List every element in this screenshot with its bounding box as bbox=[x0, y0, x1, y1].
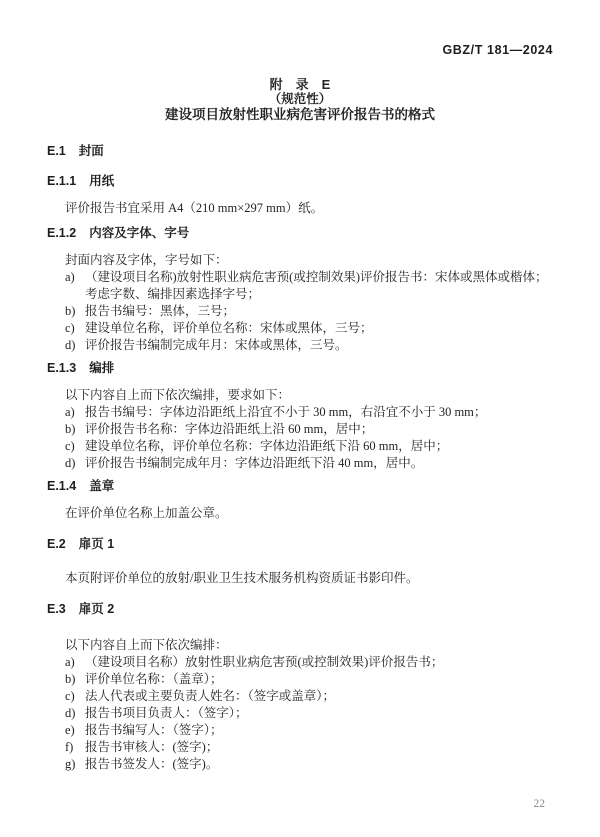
list-item-text: （建设项目名称)放射性职业病危害预(或控制效果)评价报告书：宋体或黑体或楷体；考… bbox=[85, 270, 548, 301]
list-item: c)法人代表或主要负责人姓名：（签字或盖章）； bbox=[47, 688, 553, 705]
paragraph-e2: 本页附评价单位的放射/职业卫生技术服务机构资质证书影印件。 bbox=[47, 570, 553, 587]
section-title: 编排 bbox=[89, 361, 114, 375]
appendix-subtitle: （规范性） bbox=[47, 92, 553, 107]
section-heading-e12: E.1.2内容及字体、字号 bbox=[47, 226, 553, 241]
list-item: b)报告书编号：黑体，三号； bbox=[47, 303, 553, 320]
list-item-text: 评价单位名称：（盖章）； bbox=[85, 672, 223, 686]
section-number: E.3 bbox=[47, 602, 66, 617]
list-item-label: b) bbox=[65, 671, 75, 688]
list-item: b)评价报告书名称：字体边沿距纸上沿 60 mm，居中； bbox=[47, 421, 553, 438]
section-number: E.2 bbox=[47, 537, 66, 552]
section-title: 用纸 bbox=[89, 174, 114, 188]
list-item-label: d) bbox=[65, 705, 75, 722]
list-e12: a)（建设项目名称)放射性职业病危害预(或控制效果)评价报告书：宋体或黑体或楷体… bbox=[47, 269, 553, 354]
list-item-text: 建设单位名称，评价单位名称：宋体或黑体，三号； bbox=[85, 321, 373, 335]
list-item: d)评价报告书编制完成年月：字体边沿距纸下沿 40 mm，居中。 bbox=[47, 455, 553, 472]
list-item-text: 报告书审核人：(签字)； bbox=[85, 740, 218, 754]
list-item-label: a) bbox=[65, 654, 75, 671]
section-number: E.1.3 bbox=[47, 361, 76, 376]
list-item-label: b) bbox=[65, 303, 75, 320]
intro-e13: 以下内容自上而下依次编排，要求如下： bbox=[47, 387, 553, 404]
list-item: a)报告书编号：字体边沿距纸上沿宜不小于 30 mm，右沿宜不小于 30 mm； bbox=[47, 404, 553, 421]
list-item-label: d) bbox=[65, 455, 75, 472]
list-item-label: b) bbox=[65, 421, 75, 438]
paragraph-e14: 在评价单位名称上加盖公章。 bbox=[47, 505, 553, 522]
section-title: 扉页 2 bbox=[79, 602, 114, 616]
section-number: E.1.4 bbox=[47, 479, 76, 494]
list-item-label: d) bbox=[65, 337, 75, 354]
section-heading-e2: E.2扉页 1 bbox=[47, 537, 553, 552]
section-heading-e14: E.1.4盖章 bbox=[47, 479, 553, 494]
list-item-text: 评价报告书编制完成年月：字体边沿距纸下沿 40 mm，居中。 bbox=[85, 456, 423, 470]
list-item-label: c) bbox=[65, 320, 75, 337]
list-item: d)评价报告书编制完成年月：宋体或黑体，三号。 bbox=[47, 337, 553, 354]
page-number: 22 bbox=[47, 797, 553, 811]
list-item-text: 报告书签发人：(签字)。 bbox=[85, 757, 218, 771]
section-heading-e11: E.1.1用纸 bbox=[47, 174, 553, 189]
section-title: 扉页 1 bbox=[79, 537, 114, 551]
list-item-text: 报告书编写人：（签字）； bbox=[85, 723, 223, 737]
doc-code: GBZ/T 181—2024 bbox=[47, 43, 553, 57]
list-item: g)报告书签发人：(签字)。 bbox=[47, 756, 553, 773]
list-item-label: f) bbox=[65, 739, 73, 756]
list-item-text: 报告书编号：字体边沿距纸上沿宜不小于 30 mm，右沿宜不小于 30 mm； bbox=[85, 405, 486, 419]
section-title: 盖章 bbox=[89, 479, 114, 493]
list-item-text: 评价报告书编制完成年月：宋体或黑体，三号。 bbox=[85, 338, 348, 352]
appendix-title: 附 录 E bbox=[47, 77, 553, 92]
list-item: c)建设单位名称，评价单位名称：宋体或黑体，三号； bbox=[47, 320, 553, 337]
list-item: a)（建设项目名称）放射性职业病危害预(或控制效果)评价报告书； bbox=[47, 654, 553, 671]
section-number: E.1 bbox=[47, 144, 66, 159]
document-page: GBZ/T 181—2024 附 录 E （规范性） 建设项目放射性职业病危害评… bbox=[0, 0, 600, 837]
section-heading-e13: E.1.3编排 bbox=[47, 361, 553, 376]
intro-e12: 封面内容及字体，字号如下： bbox=[47, 252, 553, 269]
section-number: E.1.2 bbox=[47, 226, 76, 241]
section-number: E.1.1 bbox=[47, 174, 76, 189]
list-item-label: a) bbox=[65, 404, 75, 421]
list-item-text: 报告书编号：黑体，三号； bbox=[85, 304, 235, 318]
intro-e3: 以下内容自上而下依次编排： bbox=[47, 637, 553, 654]
list-item-label: c) bbox=[65, 688, 75, 705]
section-title: 内容及字体、字号 bbox=[89, 226, 189, 240]
list-item-text: （建设项目名称）放射性职业病危害预(或控制效果)评价报告书； bbox=[85, 655, 443, 669]
section-title: 封面 bbox=[79, 144, 104, 158]
list-item: f)报告书审核人：(签字)； bbox=[47, 739, 553, 756]
section-heading-e3: E.3扉页 2 bbox=[47, 602, 553, 617]
list-item-label: c) bbox=[65, 438, 75, 455]
list-item: d)报告书项目负责人：（签字）； bbox=[47, 705, 553, 722]
list-item: b)评价单位名称：（盖章）； bbox=[47, 671, 553, 688]
list-item: e)报告书编写人：（签字）； bbox=[47, 722, 553, 739]
list-e3: a)（建设项目名称）放射性职业病危害预(或控制效果)评价报告书； b)评价单位名… bbox=[47, 654, 553, 773]
list-item-label: g) bbox=[65, 756, 75, 773]
list-e13: a)报告书编号：字体边沿距纸上沿宜不小于 30 mm，右沿宜不小于 30 mm；… bbox=[47, 404, 553, 472]
list-item-text: 评价报告书名称：字体边沿距纸上沿 60 mm，居中； bbox=[85, 422, 373, 436]
paragraph-e11: 评价报告书宜采用 A4（210 mm×297 mm）纸。 bbox=[47, 200, 553, 217]
section-heading-e1: E.1封面 bbox=[47, 144, 553, 159]
list-item: c)建设单位名称，评价单位名称：字体边沿距纸下沿 60 mm，居中； bbox=[47, 438, 553, 455]
list-item-text: 法人代表或主要负责人姓名：（签字或盖章）； bbox=[85, 689, 335, 703]
appendix-name: 建设项目放射性职业病危害评价报告书的格式 bbox=[47, 107, 553, 123]
list-item: a)（建设项目名称)放射性职业病危害预(或控制效果)评价报告书：宋体或黑体或楷体… bbox=[47, 269, 553, 303]
list-item-label: e) bbox=[65, 722, 75, 739]
list-item-text: 建设单位名称，评价单位名称：字体边沿距纸下沿 60 mm，居中； bbox=[85, 439, 448, 453]
list-item-text: 报告书项目负责人：（签字）； bbox=[85, 706, 248, 720]
list-item-label: a) bbox=[65, 269, 75, 286]
